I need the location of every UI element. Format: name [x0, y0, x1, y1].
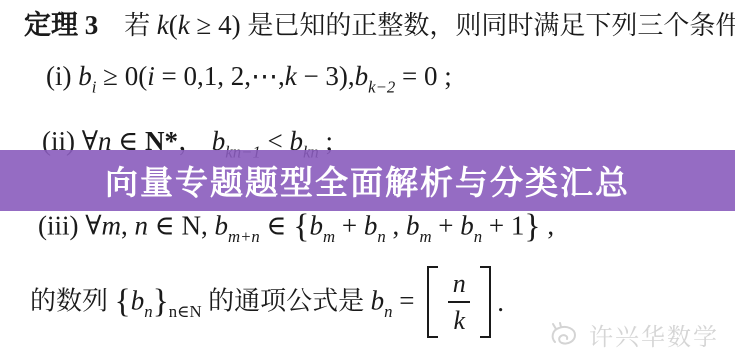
fraction-numerator: n	[453, 268, 466, 299]
fraction-denominator: k	[453, 305, 465, 336]
condition-iii-line: (iii) ∀m, n ∈ N, bm+n ∈ {bm + bn , bm + …	[38, 207, 554, 248]
formula-period: .	[497, 286, 504, 318]
left-square-bracket	[427, 266, 438, 338]
fraction: n k	[438, 266, 480, 338]
banner-title: 向量专题题型全面解析与分类汇总	[105, 157, 630, 204]
overlay-banner: 向量专题题型全面解析与分类汇总	[0, 150, 735, 211]
watermark: 许兴华数学	[549, 317, 719, 352]
formula-prefix: 的数列 {bn}n∈N 的通项公式是 bn =	[30, 282, 421, 323]
fraction-bar	[448, 301, 470, 303]
condition-i-line: (i) bi ≥ 0(i = 0,1, 2,⋯,k − 3),bk−2 = 0 …	[46, 60, 452, 92]
document-page: 定理 3 若 k(k ≥ 4) 是已知的正整数，则同时满足下列三个条件： (i)…	[0, 0, 735, 362]
theorem-statement-line: 定理 3 若 k(k ≥ 4) 是已知的正整数，则同时满足下列三个条件：	[24, 9, 735, 41]
gauss-bracket-fraction: n k	[427, 266, 491, 338]
doodle-animal-icon	[549, 320, 583, 350]
right-square-bracket	[480, 266, 491, 338]
general-term-formula-line: 的数列 {bn}n∈N 的通项公式是 bn = n k .	[30, 266, 504, 338]
watermark-text: 许兴华数学	[589, 317, 719, 352]
